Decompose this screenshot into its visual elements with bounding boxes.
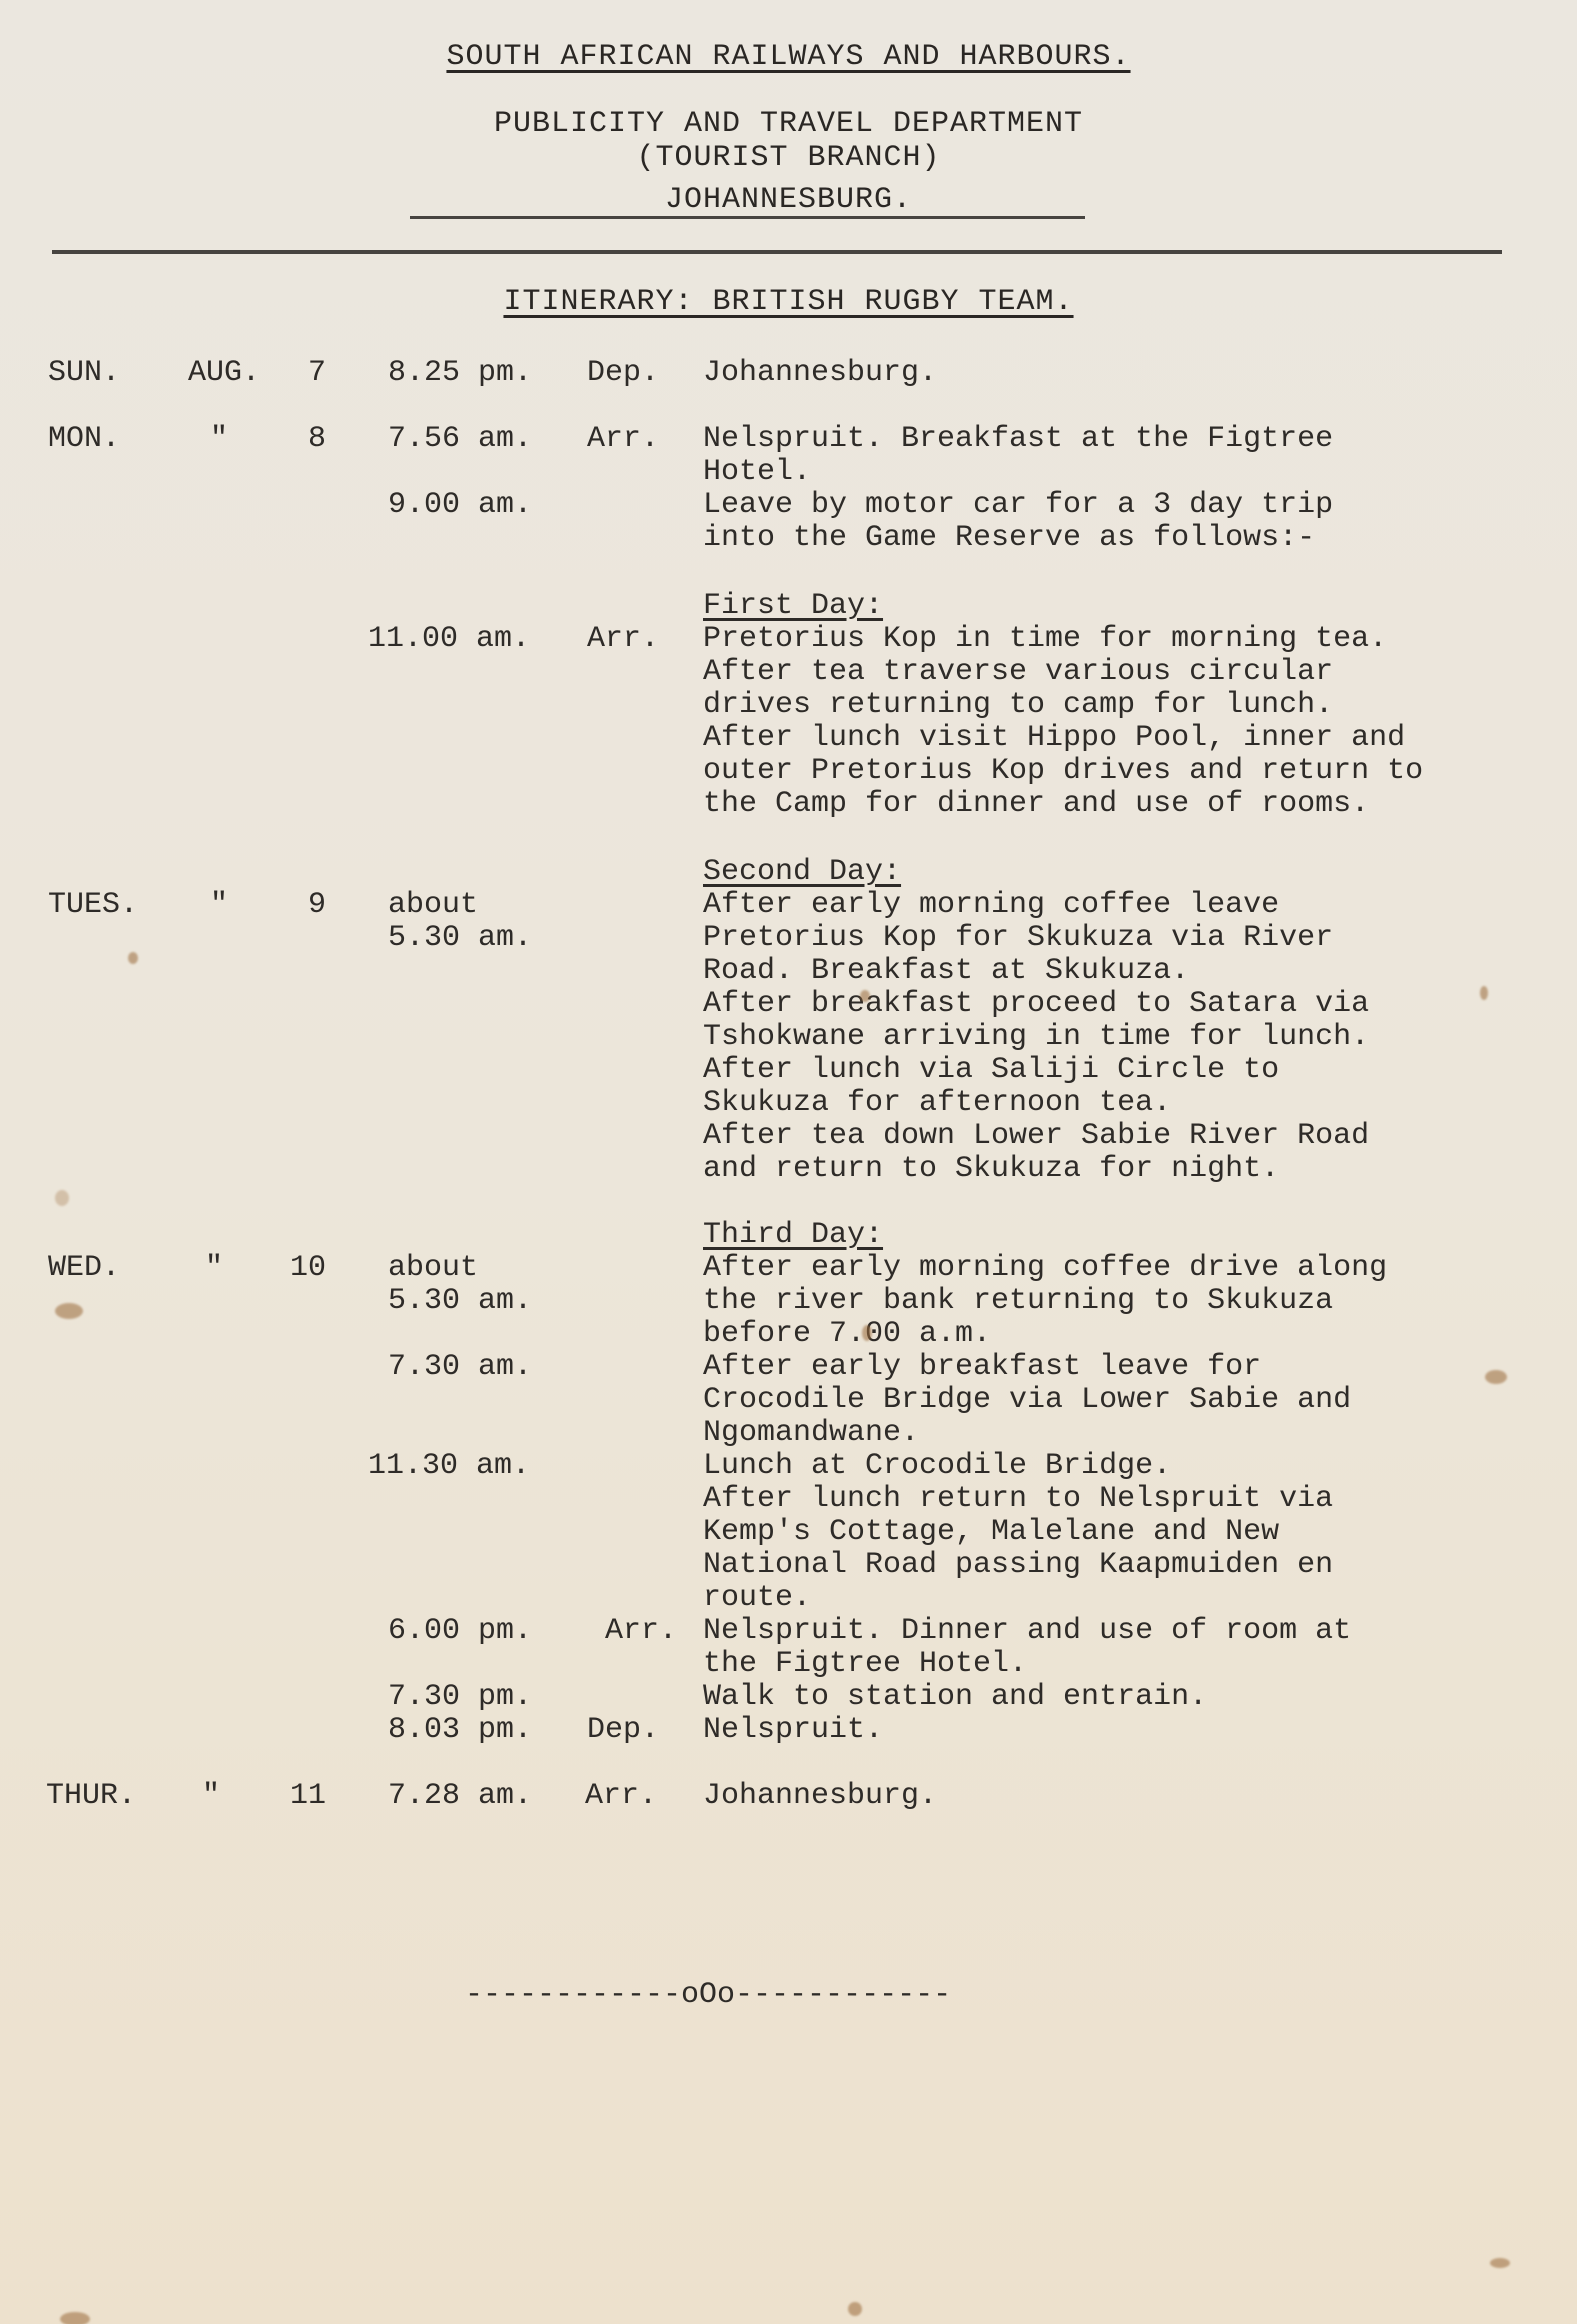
action-label: Arr. xyxy=(585,1780,657,1813)
stain-mark xyxy=(862,1325,872,1341)
time-label: 7.56 am. xyxy=(388,423,532,456)
date-label: 11 xyxy=(290,1780,326,1813)
description-line: Pretorius Kop in time for morning tea. xyxy=(703,623,1423,656)
time-label: 11.30 am. xyxy=(368,1450,530,1483)
itinerary-title: ITINERARY: BRITISH RUGBY TEAM. xyxy=(0,285,1577,319)
description: After early morning coffee leave Pretori… xyxy=(703,889,1369,1186)
description-line: the river bank returning to Skukuza xyxy=(703,1285,1387,1318)
description-line: After tea down Lower Sabie River Road xyxy=(703,1120,1369,1153)
stain-mark xyxy=(1490,2258,1510,2268)
description-line: Leave by motor car for a 3 day trip xyxy=(703,489,1333,522)
day-label: SUN. xyxy=(48,357,120,390)
description-line: After early morning coffee leave xyxy=(703,889,1369,922)
action-label: Dep. xyxy=(587,357,659,390)
date-label: 8 xyxy=(308,423,326,456)
description-line: Pretorius Kop for Skukuza via River xyxy=(703,922,1369,955)
description-line: Lunch at Crocodile Bridge. xyxy=(703,1450,1333,1483)
stain-mark xyxy=(55,1190,69,1206)
day-label: WED. xyxy=(48,1252,120,1285)
section-heading-first-day: First Day: xyxy=(703,590,883,623)
description: Nelspruit. Breakfast at the Figtree Hote… xyxy=(703,423,1333,489)
description-line: before 7.00 a.m. xyxy=(703,1318,1387,1351)
description: Nelspruit. xyxy=(703,1714,883,1747)
description: Johannesburg. xyxy=(703,1780,937,1813)
organization-heading: SOUTH AFRICAN RAILWAYS AND HARBOURS. xyxy=(0,40,1577,74)
day-label: THUR. xyxy=(46,1780,136,1813)
description-line: After breakfast proceed to Satara via xyxy=(703,988,1369,1021)
time-label: about 5.30 am. xyxy=(388,889,532,955)
time-label: 8.03 pm. xyxy=(388,1714,532,1747)
action-label: Arr. xyxy=(605,1615,677,1648)
stain-mark xyxy=(55,1303,83,1319)
month-label: " xyxy=(210,423,228,456)
description: After early breakfast leave for Crocodil… xyxy=(703,1351,1351,1450)
description-line: route. xyxy=(703,1582,1333,1615)
description: Pretorius Kop in time for morning tea. A… xyxy=(703,623,1423,821)
description: Lunch at Crocodile Bridge. After lunch r… xyxy=(703,1450,1333,1615)
date-label: 9 xyxy=(308,889,326,922)
section-heading-third-day: Third Day: xyxy=(703,1219,883,1252)
time-label: 7.28 am. xyxy=(388,1780,532,1813)
month-label: " xyxy=(202,1780,220,1813)
stain-mark xyxy=(860,990,870,1002)
city-underline xyxy=(410,216,1085,219)
header-divider xyxy=(52,250,1502,254)
department-heading: PUBLICITY AND TRAVEL DEPARTMENT xyxy=(0,107,1577,141)
description-line: After tea traverse various circular xyxy=(703,656,1423,689)
description-line: Nelspruit. Dinner and use of room at xyxy=(703,1615,1351,1648)
time-label: about 5.30 am. xyxy=(388,1252,532,1318)
month-label: AUG. xyxy=(188,357,260,390)
branch-heading: (TOURIST BRANCH) xyxy=(0,141,1577,175)
description-line: Road. Breakfast at Skukuza. xyxy=(703,955,1369,988)
stain-mark xyxy=(1485,1370,1507,1384)
description-line: drives returning to camp for lunch. xyxy=(703,689,1423,722)
description-line: National Road passing Kaapmuiden en xyxy=(703,1549,1333,1582)
description-line: After lunch return to Nelspruit via xyxy=(703,1483,1333,1516)
description-line: Nelspruit. Breakfast at the Figtree xyxy=(703,423,1333,456)
time-label: 9.00 am. xyxy=(388,489,532,522)
stain-mark xyxy=(128,952,138,964)
day-label: MON. xyxy=(48,423,120,456)
description-line: After lunch via Saliji Circle to xyxy=(703,1054,1369,1087)
day-label: TUES. xyxy=(48,889,138,922)
description-line: Hotel. xyxy=(703,456,1333,489)
description-line: Skukuza for afternoon tea. xyxy=(703,1087,1369,1120)
time-line: 5.30 am. xyxy=(388,1285,532,1318)
description-line: and return to Skukuza for night. xyxy=(703,1153,1369,1186)
action-label: Dep. xyxy=(587,1714,659,1747)
action-label: Arr. xyxy=(587,423,659,456)
description-line: After early morning coffee drive along xyxy=(703,1252,1387,1285)
description: Johannesburg. xyxy=(703,357,937,390)
description-line: After lunch visit Hippo Pool, inner and xyxy=(703,722,1423,755)
time-label: 7.30 pm. xyxy=(388,1681,532,1714)
month-label: " xyxy=(210,889,228,922)
city-heading: JOHANNESBURG. xyxy=(0,183,1577,217)
time-label: 7.30 am. xyxy=(388,1351,532,1384)
time-label: 11.00 am. xyxy=(368,623,530,656)
date-label: 7 xyxy=(308,357,326,390)
description-line: Crocodile Bridge via Lower Sabie and xyxy=(703,1384,1351,1417)
action-label: Arr. xyxy=(587,623,659,656)
time-label: 8.25 pm. xyxy=(388,357,532,390)
time-line: about xyxy=(388,889,532,922)
stain-mark xyxy=(1480,986,1488,1000)
section-heading-second-day: Second Day: xyxy=(703,856,901,889)
itinerary-document: SOUTH AFRICAN RAILWAYS AND HARBOURS. PUB… xyxy=(0,0,1577,2324)
description: After early morning coffee drive along t… xyxy=(703,1252,1387,1351)
description-line: Kemp's Cottage, Malelane and New xyxy=(703,1516,1333,1549)
description: Leave by motor car for a 3 day trip into… xyxy=(703,489,1333,555)
description-line: Ngomandwane. xyxy=(703,1417,1351,1450)
time-label: 6.00 pm. xyxy=(388,1615,532,1648)
description-line: After early breakfast leave for xyxy=(703,1351,1351,1384)
stain-mark xyxy=(848,2302,862,2316)
description-line: outer Pretorius Kop drives and return to xyxy=(703,755,1423,788)
description-line: Tshokwane arriving in time for lunch. xyxy=(703,1021,1369,1054)
description-line: into the Game Reserve as follows:- xyxy=(703,522,1333,555)
description-line: the Camp for dinner and use of rooms. xyxy=(703,788,1423,821)
month-label: " xyxy=(205,1252,223,1285)
time-line: about xyxy=(388,1252,532,1285)
description: Nelspruit. Dinner and use of room at the… xyxy=(703,1615,1351,1681)
description-line: the Figtree Hotel. xyxy=(703,1648,1351,1681)
description: Walk to station and entrain. xyxy=(703,1681,1207,1714)
date-label: 10 xyxy=(290,1252,326,1285)
end-marker: ------------oOo------------ xyxy=(465,1978,951,2012)
stain-mark xyxy=(60,2312,90,2324)
time-line: 5.30 am. xyxy=(388,922,532,955)
